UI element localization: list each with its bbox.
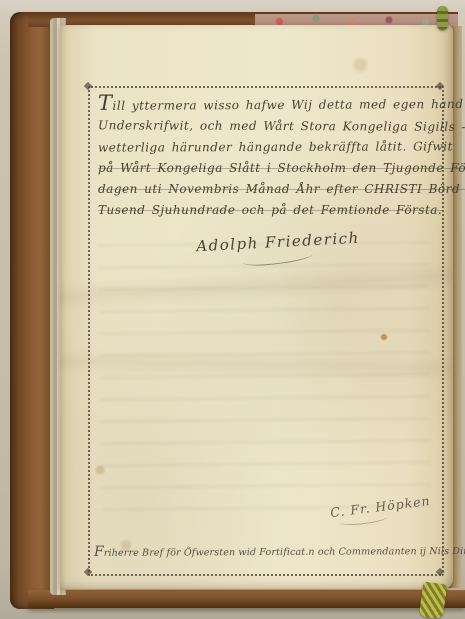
bookmark-ribbon bbox=[419, 582, 448, 619]
manuscript-page: Till yttermera wisso hafwe Wij detta med… bbox=[60, 25, 453, 589]
ink-bleedthrough-texture bbox=[99, 241, 432, 512]
manuscript-line: Till yttermera wisso hafwe Wij detta med… bbox=[98, 94, 436, 117]
manuscript-line: dagen uti Novembris Månad Åhr efter CHRI… bbox=[98, 179, 436, 200]
docket-line: Friherre Bref för Öfwersten wid Fortific… bbox=[94, 542, 442, 560]
endband-bead bbox=[437, 6, 448, 30]
manuscript-line: på Wårt Kongeliga Slått i Stockholm den … bbox=[98, 158, 436, 179]
manuscript-photo: Till yttermera wisso hafwe Wij detta med… bbox=[0, 0, 465, 619]
manuscript-line: Underskrifwit, och med Wårt Stora Kongel… bbox=[98, 115, 436, 137]
manuscript-body: Till yttermera wisso hafwe Wij detta med… bbox=[98, 95, 436, 221]
book-spine-leather bbox=[10, 12, 54, 609]
book-cover-bottom-edge bbox=[28, 590, 465, 608]
manuscript-line: Tusend Sjuhundrade och på det Femtionde … bbox=[98, 200, 436, 221]
manuscript-line: wetterliga härunder hängande bekräffta l… bbox=[98, 136, 436, 158]
